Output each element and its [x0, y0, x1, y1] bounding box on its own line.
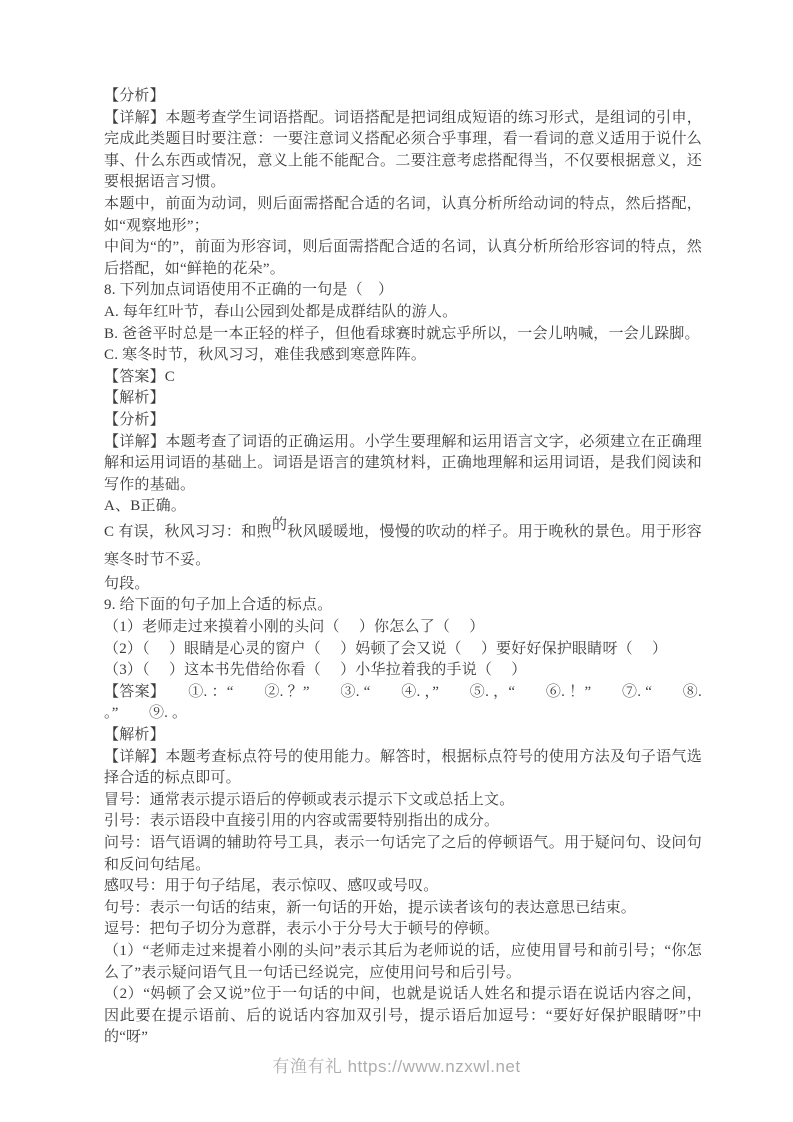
explanation-adjective-collocation: 中间为“的”，前面为形容词，则后面需搭配合适的名词，认真分析所给形容词的特点，然… [104, 237, 702, 280]
c-error-pre: C 有误，秋风习习：和煦 [104, 524, 272, 540]
detail-explanation-q9: 【详解】本题考查标点符号的使用能力。解答时，根据标点符号的使用方法及句子语气选择… [104, 747, 702, 790]
superscript-de: 的 [272, 517, 287, 533]
answer-key-body: 【分析】 【详解】本题考查学生词语搭配。词语搭配是把词组成短语的练习形式，是组词… [104, 86, 702, 1049]
ab-correct-note: A、B正确。 [104, 496, 702, 518]
analysis-label-q8: 【分析】 [104, 410, 702, 432]
question-9-item-3: （3）（ ）这本书先借给你看（ ）小华拉着我的手说（ ） [104, 660, 702, 682]
detail-explanation-q7: 【详解】本题考查学生词语搭配。词语搭配是把词组成短语的练习形式，是组词的引申，完… [104, 108, 702, 194]
question-8-option-a: A. 每年红叶节，春山公园到处都是成群结队的游人。 [104, 302, 702, 324]
c-error-explanation: C 有误，秋风习习：和煦的秋风暖暖地，慢慢的吹动的样子。用于晚秋的景色。用于形容… [104, 518, 702, 574]
jiexi-label-q8: 【解析】 [104, 388, 702, 410]
exclamation-mark-definition: 感叹号：用于句子结尾，表示惊叹、感叹或号叹。 [104, 876, 702, 898]
jiexi-label-q9: 【解析】 [104, 725, 702, 747]
answer-label-q8: 【答案】C [104, 367, 702, 389]
question-9-stem: 9. 给下面的句子加上合适的标点。 [104, 595, 702, 617]
answer-label-q9: 【答案】 ①. ：“ ②. ？” ③. “ ④. ，” ⑤. ，“ ⑥. ！” … [104, 682, 702, 725]
item-2-explanation: （2）“妈顿了会又说”位于一句话的中间，也就是说话人姓名和提示语在说话内容之间，… [104, 984, 702, 1049]
explanation-verb-collocation: 本题中，前面为动词，则后面需搭配合适的名词，认真分析所给动词的特点，然后搭配，如… [104, 194, 702, 237]
question-8-option-b: B. 爸爸平时总是一本正轻的样子，但他看球赛时就忘乎所以，一会儿呐喊，一会儿跺脚… [104, 324, 702, 346]
detail-explanation-q8: 【详解】本题考查了词语的正确运用。小学生要理解和运用语言文字，必须建立在正确理解… [104, 432, 702, 497]
document-page: 【分析】 【详解】本题考查学生词语搭配。词语搭配是把词组成短语的练习形式，是组词… [0, 0, 793, 1122]
comma-definition: 逗号：把句子切分为意群，表示小于分号大于顿号的停顿。 [104, 919, 702, 941]
question-8-option-c: C. 寒冬时节，秋风习习，难佳我感到寒意阵阵。 [104, 345, 702, 367]
item-1-explanation: （1）“老师走过来提着小刚的头问”表示其后为老师说的话，应使用冒号和前引号；“你… [104, 941, 702, 984]
analysis-label-q7: 【分析】 [104, 86, 702, 108]
watermark-footer: 有渔有礼 https://www.nzxwl.net [0, 1052, 793, 1077]
question-9-item-1: （1）老师走过来摸着小刚的头问（ ）你怎么了（ ） [104, 617, 702, 639]
colon-definition: 冒号：通常表示提示语后的停顿或表示提示下文或总括上文。 [104, 790, 702, 812]
question-8-stem: 8. 下列加点词语使用不正确的一句是（ ） [104, 280, 702, 302]
question-mark-definition: 问号：语气语调的辅助符号工具，表示一句话完了之后的停顿语气。用于疑问句、设问句和… [104, 833, 702, 876]
period-definition: 句号：表示一句话的结束，新一句话的开始，提示读者该句的表达意思已结束。 [104, 898, 702, 920]
question-9-item-2: （2）（ ）眼睛是心灵的窗户（ ）妈顿了会又说（ ）要好好保护眼睛呀（ ） [104, 639, 702, 661]
sentence-segment-note: 句段。 [104, 574, 702, 596]
quotation-mark-definition: 引号：表示语段中直接引用的内容或需要特别指出的成分。 [104, 811, 702, 833]
